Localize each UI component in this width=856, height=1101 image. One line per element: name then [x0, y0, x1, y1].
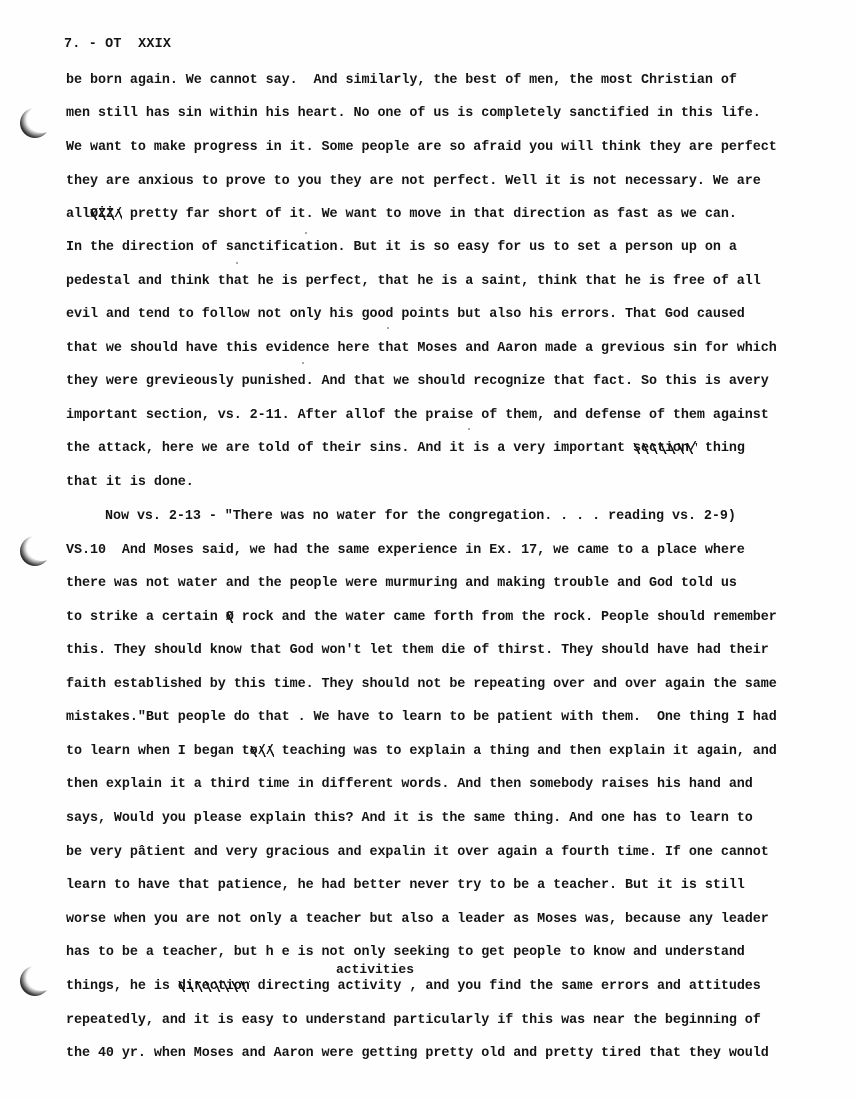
line-text: teaching was to explain a thing and then…: [274, 744, 777, 759]
paper-speck: [387, 327, 389, 329]
text-line: this. They should know that God won't le…: [66, 643, 769, 659]
text-line: pedestal and think that he is perfect, t…: [66, 274, 761, 290]
line-text: things, he is: [66, 979, 178, 994]
text-line: that we should have this evidence here t…: [66, 341, 777, 357]
typewritten-page: 7. - OT XXIX be born again. We cannot sa…: [0, 0, 856, 1101]
paper-speck: [236, 262, 238, 264]
paper-speck: [468, 428, 470, 430]
struck-out-text: Ø: [226, 610, 234, 625]
handwritten-insertion: activities: [336, 962, 414, 977]
line-text: to learn when I began t: [66, 744, 250, 759]
text-line: Now vs. 2-13 - "There was no water for t…: [105, 509, 736, 525]
line-text: directing activity , and you find the sa…: [250, 979, 761, 994]
text-line: they were grevieously punished. And that…: [66, 374, 769, 390]
punch-hole-icon: [20, 108, 50, 138]
struck-out-text: ø//: [250, 744, 274, 759]
text-line: important section, vs. 2-11. After allof…: [66, 408, 769, 424]
text-line: the attack, here we are told of their si…: [66, 441, 745, 457]
text-line: things, he is direction directing activi…: [66, 979, 761, 995]
text-line: men still has sin within his heart. No o…: [66, 106, 761, 122]
text-line: learn to have that patience, he had bett…: [66, 878, 745, 894]
text-line: faith established by this time. They sho…: [66, 677, 777, 693]
text-line: the 40 yr. when Moses and Aaron were get…: [66, 1046, 769, 1062]
paper-speck: [305, 232, 307, 234]
text-line: VS.10 And Moses said, we had the same ex…: [66, 543, 745, 559]
text-line: be born again. We cannot say. And simila…: [66, 73, 737, 89]
line-text: the attack, here we are told of their si…: [66, 441, 633, 456]
line-text: to strike a certain: [66, 610, 226, 625]
text-line: to learn when I began tø// teaching was …: [66, 744, 777, 760]
page-header: 7. - OT XXIX: [64, 37, 171, 52]
text-line: there was not water and the people were …: [66, 576, 737, 592]
text-line: that it is done.: [66, 475, 194, 491]
text-line: to strike a certain Ø rock and the water…: [66, 610, 777, 626]
text-line: then explain it a third time in differen…: [66, 777, 753, 793]
text-line: evil and tend to follow not only his goo…: [66, 307, 745, 323]
struck-out-text: ØŻŻ/: [90, 207, 122, 222]
text-line: they are anxious to prove to you they ar…: [66, 174, 761, 190]
struck-out-text: section/: [633, 441, 697, 456]
text-line: mistakes."But people do that . We have t…: [66, 710, 777, 726]
text-line: allØŻŻ/ pretty far short of it. We want …: [66, 207, 737, 223]
line-text: rock and the water came forth from the r…: [234, 610, 777, 625]
text-line: In the direction of sanctification. But …: [66, 240, 737, 256]
line-text: pretty far short of it. We want to move …: [122, 207, 737, 222]
struck-out-text: direction: [178, 979, 250, 994]
paper-speck: [302, 362, 304, 364]
line-text: all: [66, 207, 90, 222]
text-line: says, Would you please explain this? And…: [66, 811, 753, 827]
text-line: repeatedly, and it is easy to understand…: [66, 1013, 761, 1029]
text-line: worse when you are not only a teacher bu…: [66, 912, 769, 928]
punch-hole-icon: [20, 966, 50, 996]
line-text: thing: [697, 441, 745, 456]
text-line: We want to make progress in it. Some peo…: [66, 140, 777, 156]
text-line: has to be a teacher, but h e is not only…: [66, 945, 745, 961]
punch-hole-icon: [20, 536, 50, 566]
text-line: be very pâtient and very gracious and ex…: [66, 845, 769, 861]
